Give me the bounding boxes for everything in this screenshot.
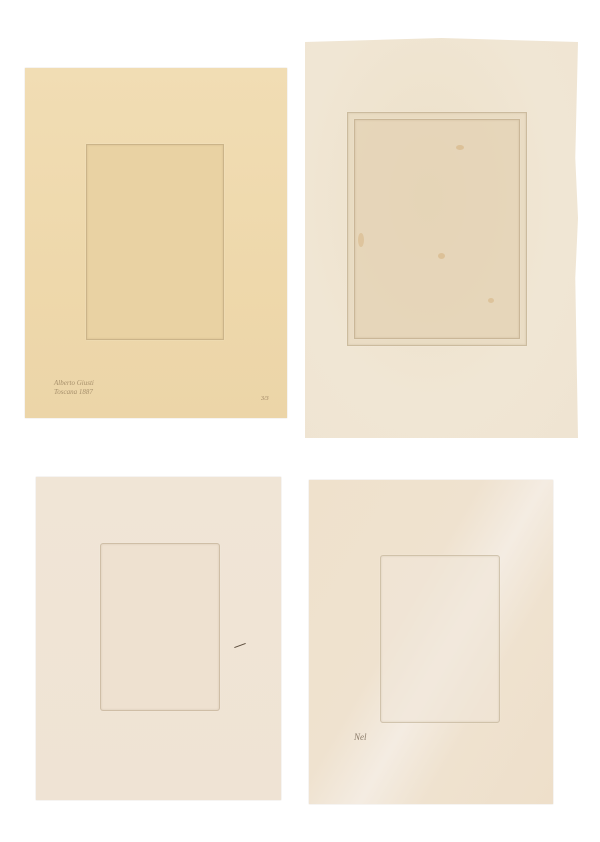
paper-sheet-4: Nel bbox=[309, 480, 553, 804]
plate-impression-4 bbox=[380, 555, 500, 723]
foxing-spot bbox=[358, 233, 364, 247]
pencil-mark: Nel bbox=[354, 732, 367, 742]
pencil-stroke bbox=[234, 643, 246, 648]
foxing-spot bbox=[438, 253, 445, 259]
foxing-spot bbox=[456, 145, 464, 150]
plate-impression-2 bbox=[347, 112, 527, 346]
edition-mark: 3/3 bbox=[261, 396, 269, 402]
plate-impression-1 bbox=[86, 144, 224, 340]
signature-inscription: Alberto Giusti Toscana 1887 bbox=[54, 379, 94, 397]
inscription-line-2: Toscana 1887 bbox=[54, 388, 94, 397]
paper-sheet-1: Alberto Giusti Toscana 1887 3/3 bbox=[25, 68, 287, 418]
plate-impression-3 bbox=[100, 543, 220, 711]
plate-inner-border bbox=[354, 119, 520, 339]
inscription-line-1: Alberto Giusti bbox=[54, 379, 94, 388]
foxing-spot bbox=[488, 298, 494, 303]
paper-sheet-2 bbox=[305, 38, 578, 438]
paper-sheet-3 bbox=[36, 477, 281, 800]
